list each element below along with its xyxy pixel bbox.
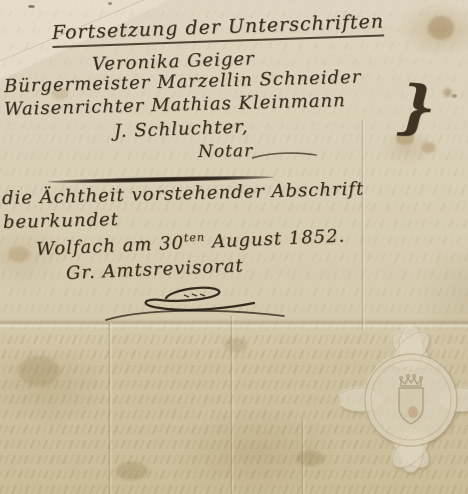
ink-fleck xyxy=(452,94,457,98)
fold-crease-vertical xyxy=(230,316,234,494)
signature-flourish xyxy=(100,282,296,328)
signature-line-4: J. Schluchter, xyxy=(114,116,249,142)
paper-stain xyxy=(224,338,248,352)
fold-crease-vertical xyxy=(108,322,112,494)
seal-wax-smudge xyxy=(408,406,418,418)
ink-fleck xyxy=(28,5,35,8)
date-ordinal-suffix: ten xyxy=(183,231,205,245)
seal-crown-icon xyxy=(400,375,423,386)
paper-stain xyxy=(443,88,452,97)
embossed-seal xyxy=(341,326,468,486)
certification-line-1: die Ächtheit vorstehender Abschrift xyxy=(2,179,365,209)
place-date-suffix: August 1852. xyxy=(205,226,346,253)
seal-inner-ring xyxy=(371,360,451,440)
seal-outer-ring xyxy=(365,354,457,446)
fold-crease-vertical xyxy=(361,120,365,330)
document-heading: Fortsetzung der Unterschriften xyxy=(52,10,385,48)
signature-line-5: Notar xyxy=(198,141,254,162)
fold-crease-horizontal xyxy=(0,319,468,328)
authority-line: Gr. Amtsrevisorat xyxy=(66,255,245,284)
paper-stain xyxy=(8,246,30,262)
paper-stain xyxy=(421,142,436,153)
place-date-prefix: Wolfach am 30 xyxy=(36,233,185,260)
grouping-brace: } xyxy=(396,72,438,142)
paper-stain xyxy=(116,462,148,480)
notar-flourish-stroke xyxy=(252,150,318,160)
ink-fleck xyxy=(108,2,112,5)
certification-line-2: beurkundet xyxy=(3,209,119,233)
seal-rosette-petals xyxy=(341,326,468,474)
paper-stain xyxy=(18,356,60,386)
paper-stain xyxy=(428,16,454,40)
manuscript-page: Fortsetzung der Unterschriften Veronika … xyxy=(0,0,468,494)
ink-bleedthrough-texture xyxy=(0,330,468,494)
paper-stain xyxy=(296,450,324,466)
fold-crease-vertical xyxy=(301,420,305,494)
seal-shield-icon xyxy=(399,388,423,424)
